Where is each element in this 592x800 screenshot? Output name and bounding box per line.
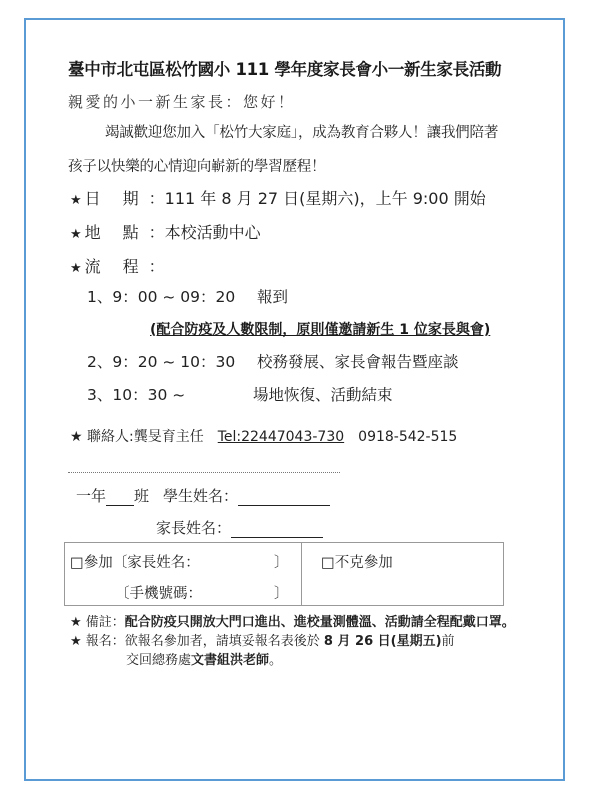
attendance-reply-table: □參加〔家長姓名：〕 〔手機號碼：〕 □不克參加 [64,542,504,606]
class-label: 班 [134,487,149,505]
remark-note: ★ 備註：配合防疫只開放大門口進出、進校量測體溫、活動請全程配戴口罩。 [70,611,515,630]
detail-label: 地點 [85,220,149,243]
star-icon: ★ [70,227,82,242]
schedule-note: (配合防疫及人數限制，原則僅邀請新生 1 位家長與會) [150,319,490,339]
cut-line-divider [68,472,340,473]
document-title: 臺中市北屯區松竹國小 111 學年度家長會小一新生家長活動 [68,56,501,80]
schedule-item-2: 2、9：20 ~ 10：30校務發展、家長會報告暨座談 [87,350,459,372]
decline-option[interactable]: □不克參加 [321,551,393,572]
greeting: 親愛的小一新生家長：您好！ [68,91,296,112]
star-icon: ★ [70,193,82,208]
remark-signup: ★ 報名：欲報名參加者，請填妥報名表後於 8 月 26 日(星期五)前 [70,630,455,649]
grade-label: 一年 [76,487,106,505]
detail-label: 流程 [85,254,149,277]
class-number-field[interactable] [106,487,134,506]
schedule-time: 2、9：20 ~ 10：30 [87,350,257,372]
phone-field-row[interactable]: 〔手機號碼：〕 [115,582,202,603]
schedule-activity: 校務發展、家長會報告暨座談 [257,353,459,371]
contact-person: ★ 聯絡人:龔旻育主任 [70,429,204,445]
detail-label: 日期 [85,186,149,209]
intro-line-1: 竭誠歡迎您加入「松竹大家庭」，成為教育合夥人！讓我們陪著 [105,121,498,142]
detail-value: ： [149,257,165,276]
remark-return: 交回總務處文書組洪老師。 [126,649,282,668]
star-icon: ★ [70,261,82,276]
schedule-activity: 場地恢復、活動結束 [253,386,393,404]
schedule-time: 1、9：00 ~ 09：20 [87,285,257,307]
intro-line-2: 孩子以快樂的心情迎向嶄新的學習歷程！ [68,155,325,176]
student-name-field[interactable] [238,487,330,506]
contact-mobile: 0918-542-515 [358,429,457,445]
schedule-time: 3、10：30 ~ [87,383,253,405]
schedule-activity: 報到 [257,288,288,306]
attend-option[interactable]: □參加〔家長姓名：〕 [70,551,200,572]
detail-location: ★地點：本校活動中心 [70,220,261,243]
detail-value: ：111 年 8 月 27 日(星期六)，上午 9:00 開始 [149,189,486,208]
table-divider [301,543,302,605]
student-info-row: 一年 班學生姓名： [76,485,330,506]
schedule-item-3: 3、10：30 ~場地恢復、活動結束 [87,383,393,405]
detail-value: ：本校活動中心 [149,223,261,242]
detail-date: ★日期：111 年 8 月 27 日(星期六)，上午 9:00 開始 [70,186,486,209]
schedule-item-1: 1、9：00 ~ 09：20報到 [87,285,288,307]
parent-name-field[interactable] [231,519,323,538]
student-name-label: 學生姓名： [163,487,238,505]
detail-process: ★流程： [70,254,165,277]
contact-tel-link[interactable]: Tel:22447043-730 [218,429,344,445]
parent-info-row: 家長姓名： [156,517,323,538]
contact-line: ★ 聯絡人:龔旻育主任Tel:22447043-7300918-542-515 [70,426,457,446]
parent-name-label: 家長姓名： [156,519,231,537]
